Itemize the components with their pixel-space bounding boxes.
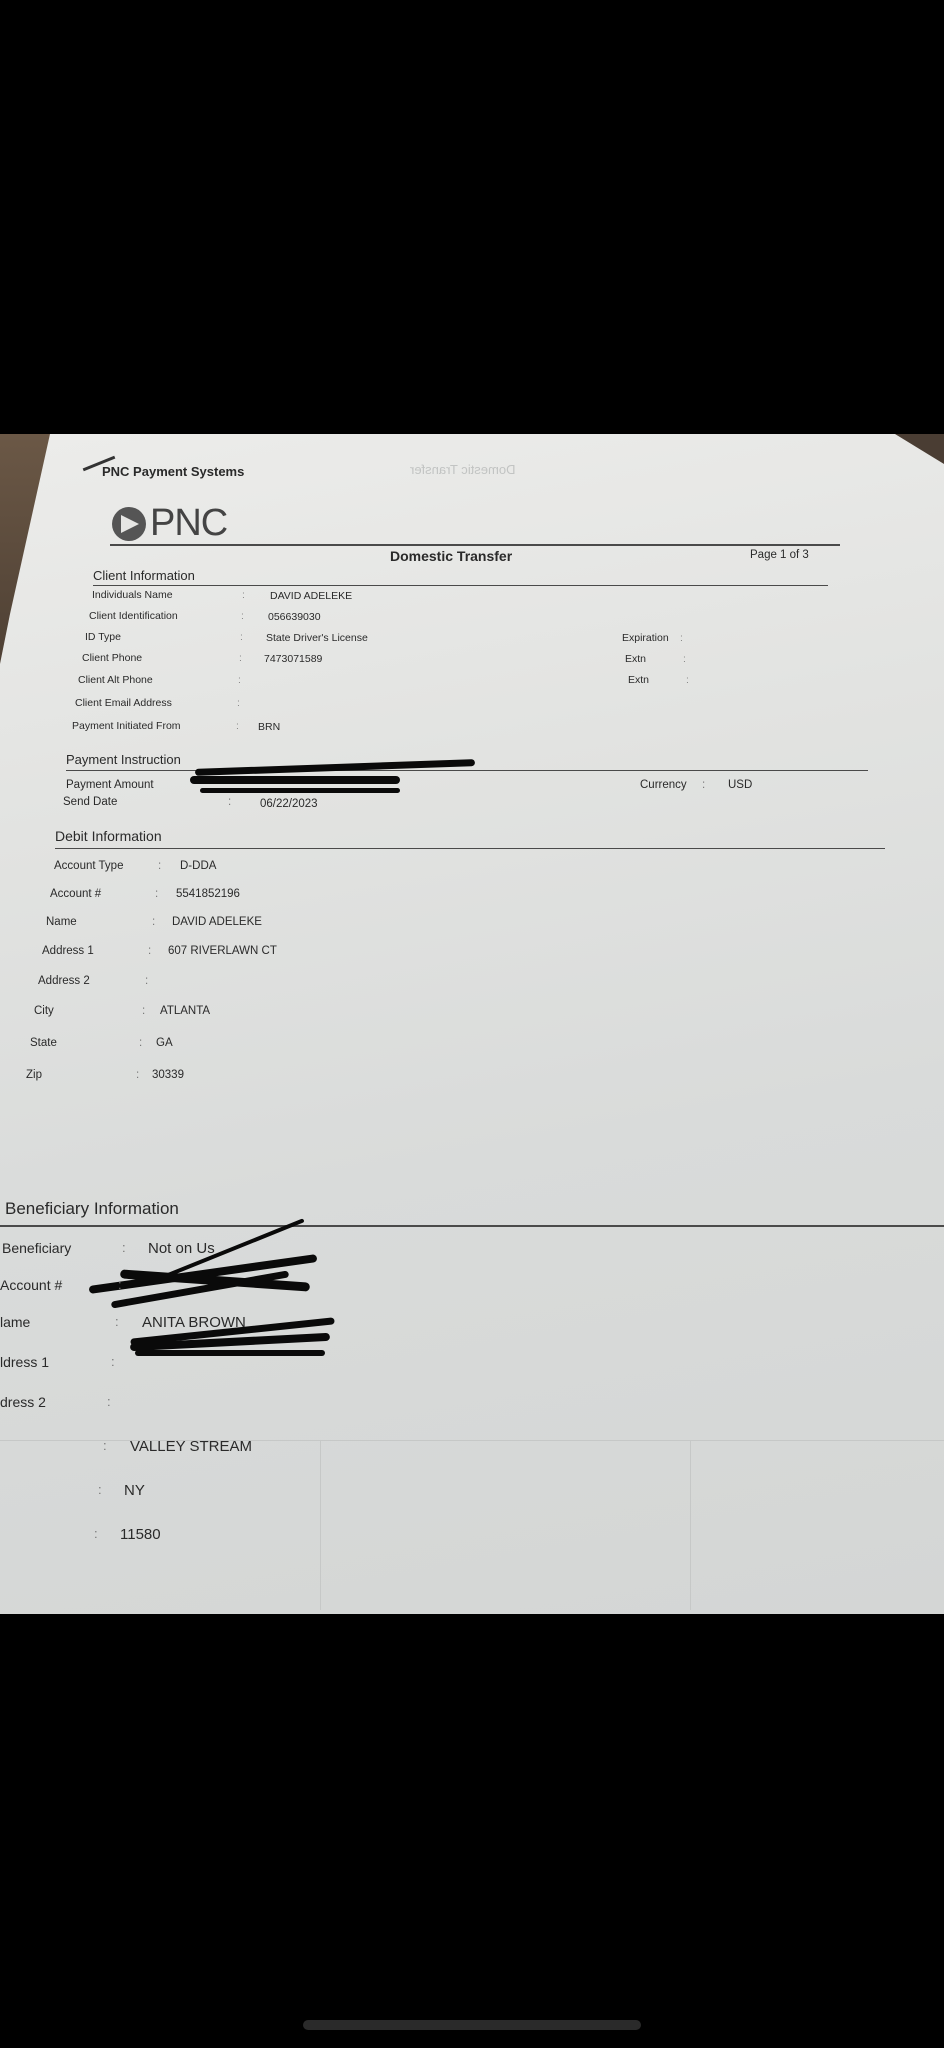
colon: : <box>240 631 243 643</box>
field-label: Individuals Name <box>92 589 173 601</box>
field-label: State <box>30 1037 57 1049</box>
field-label: Client Email Address <box>75 697 172 709</box>
colon: : <box>136 1069 139 1081</box>
pnc-triangle-icon <box>112 507 146 541</box>
field-label: City <box>34 1005 54 1017</box>
colon: : <box>111 1354 115 1369</box>
field-label: Payment Initiated From <box>72 720 181 732</box>
field-label: Extn <box>625 653 646 665</box>
home-indicator[interactable] <box>303 2020 641 2030</box>
bleed-through-text: Domestic Transfer <box>410 462 515 477</box>
send-date-label: Send Date <box>63 796 117 808</box>
colon: : <box>239 652 242 664</box>
colon: : <box>680 632 683 644</box>
colon: : <box>242 589 245 601</box>
send-date-value: 06/22/2023 <box>260 798 318 810</box>
field-value: ANITA BROWN <box>142 1314 246 1331</box>
field-label: lame <box>0 1314 30 1330</box>
colon: : <box>228 796 231 808</box>
currency-value: USD <box>728 779 752 791</box>
colon: : <box>683 653 686 665</box>
field-label: Address 1 <box>42 945 94 957</box>
field-label: Account # <box>0 1277 62 1293</box>
field-label: Expiration <box>622 632 669 644</box>
field-value: 607 RIVERLAWN CT <box>168 945 277 957</box>
field-label: Client Identification <box>89 610 178 622</box>
field-value: DAVID ADELEKE <box>172 916 262 928</box>
divider <box>66 770 868 771</box>
colon: : <box>702 779 705 791</box>
colon: : <box>98 1482 102 1497</box>
field-value: BRN <box>258 721 280 733</box>
divider <box>93 585 828 586</box>
field-value: 5541852196 <box>176 888 240 900</box>
colon: : <box>236 720 239 732</box>
colon: : <box>158 860 161 872</box>
field-value: 30339 <box>152 1069 184 1081</box>
colon: : <box>155 888 158 900</box>
field-label: Account # <box>50 888 101 900</box>
field-label: Client Phone <box>82 652 142 664</box>
field-value: State Driver's License <box>266 632 368 644</box>
field-value: VALLEY STREAM <box>130 1438 252 1455</box>
field-label: Beneficiary <box>2 1240 71 1256</box>
page-number: Page 1 of 3 <box>750 549 809 561</box>
colon: : <box>241 610 244 622</box>
colon: : <box>122 1240 126 1255</box>
colon: : <box>142 1005 145 1017</box>
colon: : <box>148 945 151 957</box>
field-label: ID Type <box>85 631 121 643</box>
field-label: Extn <box>628 674 649 686</box>
field-label: Account Type <box>54 860 123 872</box>
colon: : <box>139 1037 142 1049</box>
field-value: DAVID ADELEKE <box>270 590 352 602</box>
debit-section-title: Debit Information <box>55 828 162 844</box>
colon: : <box>103 1438 107 1453</box>
redaction-scribble <box>200 788 400 793</box>
field-value: 11580 <box>120 1526 161 1543</box>
redaction-scribble <box>195 759 475 776</box>
colon: : <box>145 975 148 987</box>
paper-page: Domestic Transfer PNC Payment Systems PN… <box>0 434 944 1614</box>
document-photo: Domestic Transfer PNC Payment Systems PN… <box>0 434 944 1614</box>
colon: : <box>237 697 240 709</box>
beneficiary-section-title: Beneficiary Information <box>5 1199 179 1219</box>
colon: : <box>94 1526 98 1541</box>
field-label: dress 2 <box>0 1394 46 1410</box>
colon: : <box>152 916 155 928</box>
divider <box>110 544 840 546</box>
field-value: Not on Us <box>148 1240 215 1257</box>
logo-text: PNC <box>150 502 227 545</box>
field-label: ldress 1 <box>0 1354 49 1370</box>
field-label: Name <box>46 916 77 928</box>
field-value: GA <box>156 1037 173 1049</box>
divider <box>0 1225 944 1227</box>
redaction-scribble <box>190 776 400 784</box>
colon: : <box>686 674 689 686</box>
redaction-scribble <box>135 1350 325 1356</box>
bleed-through-line <box>690 1440 691 1610</box>
pnc-logo: PNC <box>112 502 227 545</box>
colon: : <box>107 1394 111 1409</box>
payment-amount-label: Payment Amount <box>66 779 154 791</box>
field-value: 056639030 <box>268 611 321 623</box>
client-section-title: Client Information <box>93 568 195 583</box>
bleed-through-line <box>320 1440 321 1610</box>
payment-section-title: Payment Instruction <box>66 752 181 767</box>
colon: : <box>238 674 241 686</box>
divider <box>55 848 885 849</box>
field-label: Address 2 <box>38 975 90 987</box>
field-label: Zip <box>26 1069 42 1081</box>
field-value: NY <box>124 1482 145 1499</box>
field-label: Client Alt Phone <box>78 674 153 686</box>
field-value: ATLANTA <box>160 1005 210 1017</box>
field-value: 7473071589 <box>264 653 322 665</box>
doc-title: Domestic Transfer <box>390 548 512 564</box>
company-name: PNC Payment Systems <box>102 464 244 479</box>
colon: : <box>115 1314 119 1329</box>
colon: : <box>118 1277 122 1292</box>
currency-label: Currency <box>640 779 687 791</box>
field-value: D-DDA <box>180 860 216 872</box>
